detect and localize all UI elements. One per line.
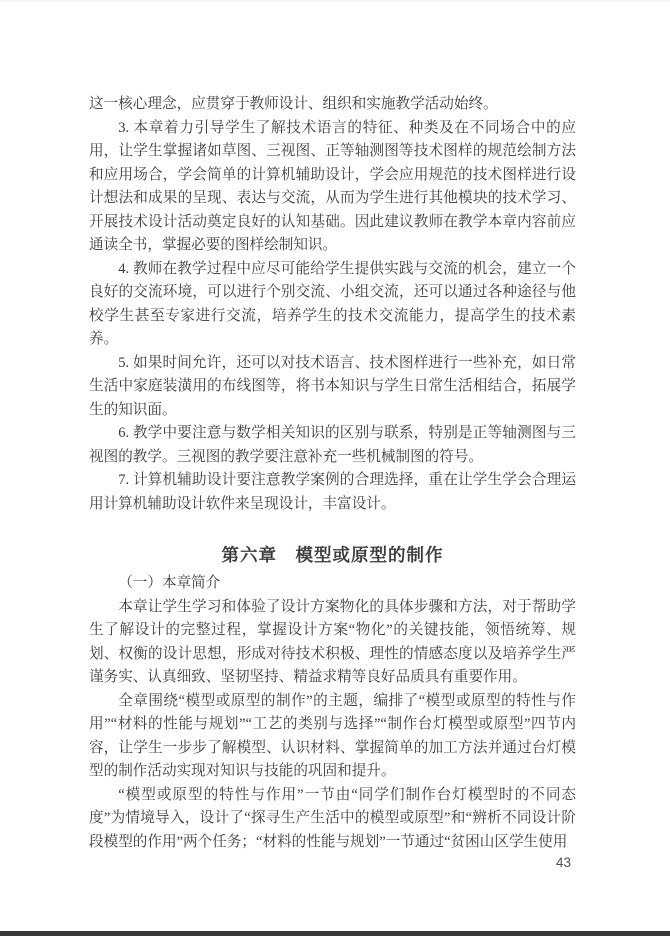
- chapter-title: 第六章 模型或原型的制作: [89, 542, 576, 569]
- section-heading: （一）本章简介: [89, 572, 576, 596]
- note-paragraph-4: 4. 教师在教学过程中应尽可能给学生提供实践与交流的机会，建立一个良好的交流环境…: [89, 258, 576, 352]
- chapter-paragraph-3: “模型或原型的特性与作用”一节由“同学们制作台灯模型时的不同态度”为情境导入，设…: [89, 784, 576, 855]
- note-paragraph-7: 7. 计算机辅助设计要注意教学案例的合理选择，重在让学生学会合理运用计算机辅助设…: [89, 469, 576, 516]
- note-paragraph-5: 5. 如果时间允许，还可以对技术语言、技术图样进行一些补充，如日常生活中家庭装潢…: [89, 352, 576, 423]
- page-number: 43: [556, 855, 571, 870]
- page-body: 这一核心理念，应贯穿于教师设计、组织和实施教学活动始终。 3. 本章着力引导学生…: [89, 93, 576, 854]
- book-page: 这一核心理念，应贯穿于教师设计、组织和实施教学活动始终。 3. 本章着力引导学生…: [0, 0, 670, 936]
- note-paragraph-6: 6. 教学中要注意与数学相关知识的区别与联系，特别是正等轴测图与三视图的教学。三…: [89, 422, 576, 469]
- paragraph-continuation: 这一核心理念，应贯穿于教师设计、组织和实施教学活动始终。: [89, 93, 576, 117]
- chapter-paragraph-1: 本章让学生学习和体验了设计方案物化的具体步骤和方法，对于帮助学生了解设计的完整过…: [89, 596, 576, 690]
- note-paragraph-3: 3. 本章着力引导学生了解技术语言的特征、种类及在不同场合中的应用，让学生掌握诸…: [89, 117, 576, 258]
- page-bottom-edge: [0, 931, 670, 936]
- chapter-paragraph-2: 全章围绕“模型或原型的制作”的主题，编排了“模型或原型的特性与作用”“材料的性能…: [89, 690, 576, 784]
